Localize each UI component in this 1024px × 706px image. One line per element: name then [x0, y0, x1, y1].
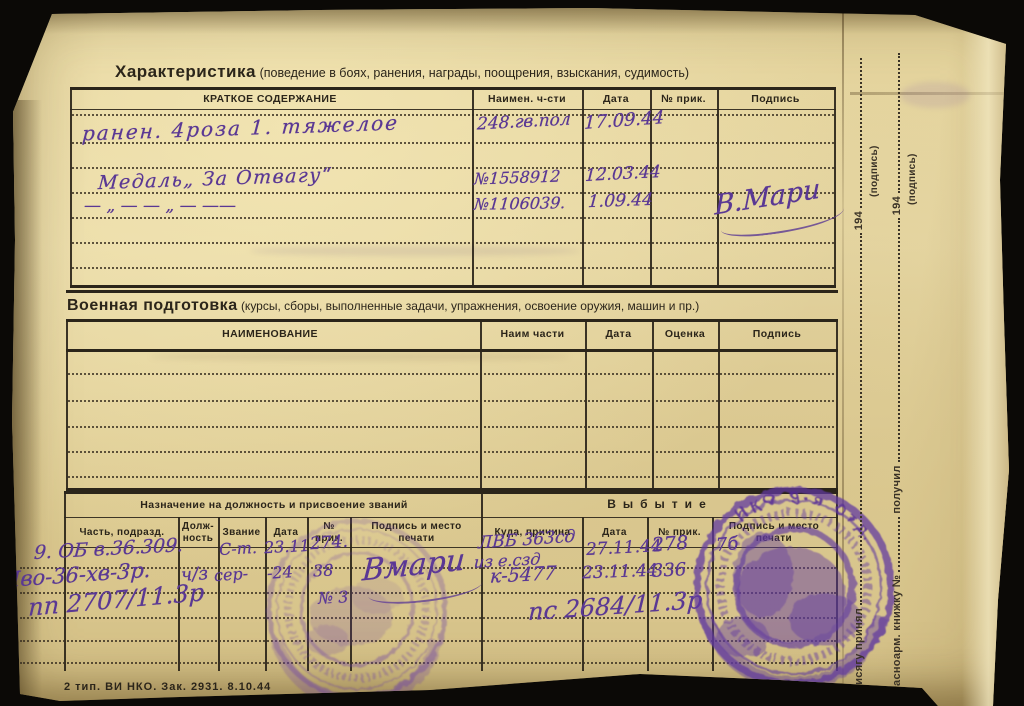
position-entry: ч/з: [180, 563, 208, 586]
rule: [72, 242, 834, 244]
medal-date: 12.03.44: [585, 162, 662, 186]
dotted-leader: [896, 218, 900, 462]
s2-col-header: НАИМЕНОВАНИЕ: [90, 328, 450, 340]
print-code: 2 тип. ВИ НКО. Зак. 2931. 8.10.44: [64, 681, 271, 693]
s3-col-header: Долж- ность: [180, 521, 216, 544]
margin-crease: [850, 92, 1020, 95]
oath-label: Присягу принял: [853, 608, 865, 700]
rule: [717, 87, 719, 287]
rank-entry-2: сер-: [213, 564, 248, 585]
wound-date: 17.09.44: [584, 107, 665, 134]
rule: [66, 349, 838, 352]
rule: [72, 267, 834, 269]
rule: [68, 400, 834, 402]
s2-col-header: Дата: [587, 328, 650, 340]
bleedthrough-smudge: [150, 352, 570, 361]
s1-col-header: № прик.: [652, 93, 715, 105]
rule: [70, 87, 72, 287]
top-edge-shadow: [20, 8, 980, 34]
oath-year: 194: [853, 211, 865, 230]
ditto-date: 1.09.44: [587, 190, 653, 212]
rule: [70, 285, 836, 288]
s1-col-header: Наимен. ч-сти: [474, 93, 580, 105]
oath-line: Присягу принял 194: [853, 55, 865, 700]
rule: [66, 290, 838, 293]
s2-col-header: Наим части: [482, 328, 583, 340]
ditto-entry: — „ — — „ — ——: [84, 196, 236, 216]
s2-col-header: Оценка: [654, 328, 716, 340]
round-stamp-right: НКО 9-я Отд.: [683, 477, 905, 699]
book-sign-label: (подпись): [907, 153, 918, 205]
dotted-leader: [896, 53, 900, 193]
wound-unit: 248.гв.пол: [477, 110, 572, 135]
departure-order-2: 336: [651, 559, 686, 582]
s1-col-header: Дата: [584, 93, 648, 105]
rule: [652, 319, 654, 489]
medal-number: №1558912: [473, 166, 561, 188]
section2-subtitle: (курсы, сборы, выполненные задачи, упраж…: [241, 299, 699, 313]
oath-sign-label: (подпись): [869, 145, 880, 197]
dotted-leader: [896, 517, 900, 572]
section1-title-row: Характеристика (поведение в боях, ранени…: [115, 62, 689, 82]
book-line: Красноарм. книжку № получил 194: [891, 50, 903, 700]
rule: [480, 319, 482, 489]
rule: [66, 319, 68, 489]
bleedthrough-smudge: [250, 246, 580, 256]
section1-title: Характеристика: [115, 62, 256, 81]
rule: [72, 142, 834, 144]
departure-dest-2: к-5477: [489, 562, 557, 588]
departure-date-2: 23.11.44: [582, 561, 658, 584]
paper-sheet: Характеристика (поведение в боях, ранени…: [0, 0, 1024, 706]
unit-entry-1: 9. ОБ в.36.309.: [33, 534, 184, 564]
rule: [70, 109, 836, 110]
rule: [718, 319, 720, 489]
rule: [66, 319, 838, 322]
dotted-leader: [858, 58, 862, 208]
rank-entry-1: С-т.: [219, 538, 258, 559]
scanned-service-book-page: Характеристика (поведение в боях, ранени…: [0, 0, 1024, 706]
rule: [836, 319, 838, 489]
received-label: получил: [891, 465, 903, 513]
section2-title-row: Военная подготовка (курсы, сборы, выполн…: [67, 297, 699, 315]
torn-edge-highlight: [962, 30, 1010, 706]
section1-subtitle: (поведение в боях, ранения, награды, поо…: [260, 66, 690, 80]
book-label: Красноарм. книжку №: [891, 575, 903, 700]
ink-smudge: [900, 82, 970, 108]
section2-title: Военная подготовка: [67, 297, 238, 314]
rule: [585, 319, 587, 489]
dotted-leader: [858, 233, 862, 605]
rule: [72, 114, 834, 116]
s1-col-header: Подпись: [719, 93, 832, 105]
rule: [582, 87, 584, 287]
rule: [68, 373, 834, 375]
rule: [68, 426, 834, 428]
rule: [68, 451, 834, 453]
s2-col-header: Подпись: [720, 328, 834, 340]
round-stamp-left: [255, 512, 460, 706]
book-year: 194: [891, 196, 903, 215]
rule: [834, 87, 836, 287]
rule: [70, 87, 836, 90]
s3-left-title: Назначение на должность и присвоение зва…: [84, 499, 464, 511]
ditto-number: №1106039.: [473, 193, 566, 214]
s1-col-header: КРАТКОЕ СОДЕРЖАНИЕ: [90, 93, 450, 105]
